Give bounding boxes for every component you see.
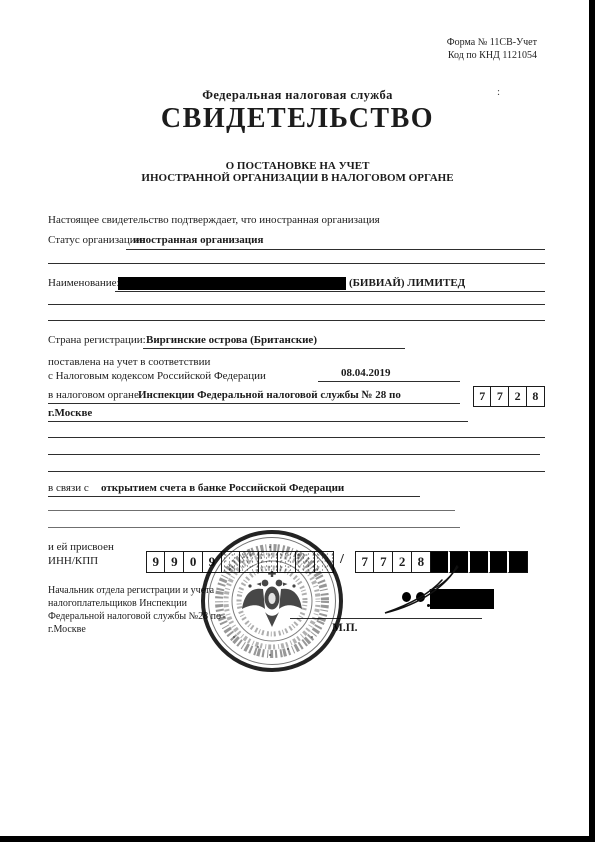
blank-field-line — [48, 263, 545, 264]
name-label: Наименование: — [48, 277, 120, 290]
signatory-name-redaction-bar — [430, 589, 494, 609]
name-value: (БИВИАЙ) ЛИМИТЕД — [349, 277, 465, 290]
code-digit-cell: 9 — [146, 551, 166, 573]
blank-field-line — [48, 527, 460, 528]
tax-office-label: в налоговом органе — [48, 389, 139, 402]
code-digit-cell: 8 — [411, 551, 431, 573]
registered-line-1: поставлена на учет в соответствии — [48, 356, 210, 369]
reason-prefix: в связи с — [48, 482, 89, 495]
signature-line — [290, 618, 482, 619]
status-label: Статус организации: — [48, 234, 145, 247]
registration-date: 08.04.2019 — [341, 367, 391, 380]
blank-field-line — [48, 510, 455, 511]
inn-boxes: 9909 — [147, 551, 334, 573]
code-digit-cell: 2 — [392, 551, 412, 573]
country-field-line — [143, 348, 405, 349]
scan-edge-artifact — [0, 836, 589, 842]
inn-kpp-separator: / — [340, 552, 344, 568]
subtitle-line-2: ИНОСТРАННОЙ ОРГАНИЗАЦИИ В НАЛОГОВОМ ОРГА… — [0, 172, 595, 184]
code-digit-cell — [221, 551, 241, 573]
code-digit-cell: 7 — [373, 551, 393, 573]
official-title-line-4: г.Москве — [48, 624, 86, 635]
status-value: иностранная организация — [133, 234, 263, 247]
blank-field-line — [48, 454, 540, 455]
official-title-line-3: Федеральной налоговой службы №28 по — [48, 611, 221, 622]
tax-office-value: Инспекции Федеральной налоговой службы №… — [138, 389, 401, 402]
blank-field-line — [48, 471, 545, 472]
code-digit-cell: 7 — [473, 386, 492, 407]
name-redaction-bar — [118, 277, 346, 290]
official-round-stamp-icon — [199, 528, 345, 674]
document-title: СВИДЕТЕЛЬСТВО — [0, 103, 595, 135]
code-digit-cell — [239, 551, 259, 573]
scanned-certificate-page: Форма № 11СВ-Учет Код по КНД 1121054 : Ф… — [0, 0, 595, 842]
tax-office-city: г.Москве — [48, 407, 92, 420]
code-digit-cell — [295, 551, 315, 573]
reason-field-line — [48, 496, 420, 497]
date-field-line — [318, 381, 460, 382]
code-digit-cell: 7 — [490, 386, 509, 407]
reason-value: открытием счета в банке Российской Федер… — [101, 482, 344, 495]
assigned-label-line-2: ИНН/КПП — [48, 555, 98, 568]
signatory-initial-blob — [416, 592, 425, 602]
code-digit-cell — [430, 551, 450, 573]
code-digit-cell — [488, 551, 509, 573]
code-digit-cell — [277, 551, 297, 573]
code-digit-cell — [314, 551, 334, 573]
assigned-label-line-1: и ей присвоен — [48, 541, 114, 554]
code-digit-cell — [258, 551, 278, 573]
subtitle-line-1: О ПОСТАНОВКЕ НА УЧЕТ — [0, 160, 595, 172]
blank-field-line — [48, 437, 545, 438]
city-field-line — [48, 421, 468, 422]
scan-edge-artifact — [589, 0, 595, 842]
form-number: Форма № 11СВ-Учет — [447, 36, 537, 49]
kpp-boxes: 7728 — [356, 551, 528, 573]
signatory-initial-blob — [402, 592, 411, 602]
official-title-line-1: Начальник отдела регистрации и учета — [48, 585, 214, 596]
seal-place-abbr: М.П. — [332, 622, 358, 634]
country-label: Страна регистрации: — [48, 334, 146, 347]
tax-office-field-line — [48, 403, 460, 404]
status-field-line — [126, 249, 545, 250]
code-digit-cell: 8 — [526, 386, 545, 407]
signatory-initial-dot — [427, 604, 430, 607]
name-field-line — [115, 291, 545, 292]
code-digit-cell — [448, 551, 469, 573]
code-digit-cell — [507, 551, 528, 573]
code-digit-cell: 2 — [508, 386, 527, 407]
blank-field-line — [48, 304, 545, 305]
code-digit-cell: 9 — [164, 551, 184, 573]
tax-office-code-boxes: 7728 — [474, 386, 545, 407]
knd-code: Код по КНД 1121054 — [447, 49, 537, 62]
agency-name: Федеральная налоговая служба — [0, 88, 595, 103]
code-digit-cell: 9 — [202, 551, 222, 573]
official-title-line-2: налогоплательщиков Инспекции — [48, 598, 187, 609]
code-digit-cell: 0 — [183, 551, 203, 573]
country-value: Виргинские острова (Британские) — [146, 334, 317, 347]
intro-text: Настоящее свидетельство подтверждает, чт… — [48, 214, 380, 227]
form-reference: Форма № 11СВ-Учет Код по КНД 1121054 — [447, 36, 537, 62]
code-digit-cell — [468, 551, 489, 573]
code-digit-cell: 7 — [355, 551, 375, 573]
blank-field-line — [48, 320, 545, 321]
registered-line-2: с Налоговым кодексом Российской Федераци… — [48, 370, 266, 383]
